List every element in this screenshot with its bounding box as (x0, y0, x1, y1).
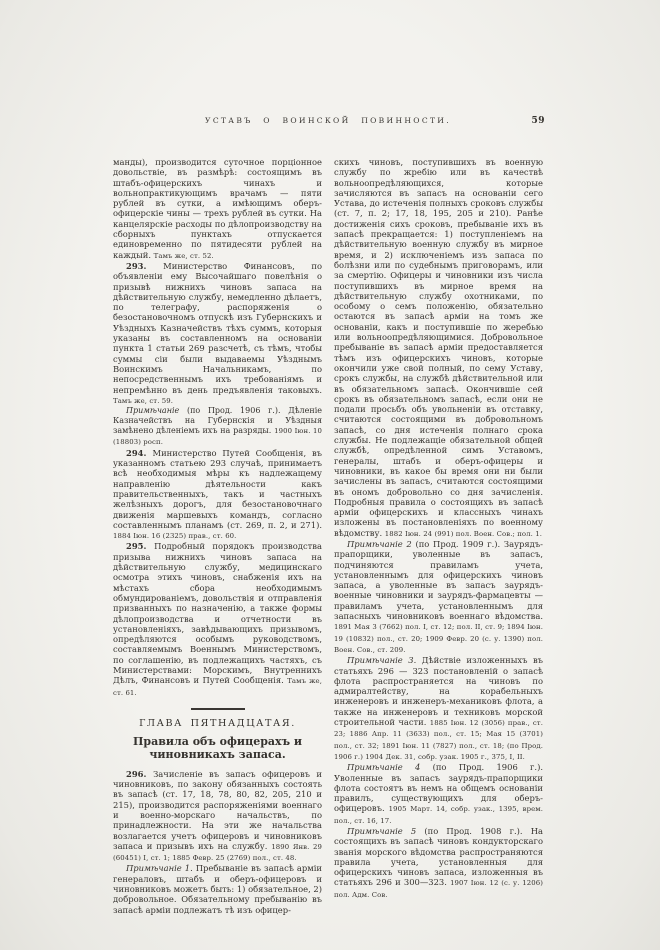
paragraph-text: Подробный порядокъ производства призыва … (113, 541, 322, 685)
note-paragraph: Примѣчаніе 1. Пребываніе въ запасѣ арміи… (113, 863, 322, 914)
section-title: Правила объ офицерахъ и чиновникахъ запа… (113, 736, 322, 762)
article-number: 295. (126, 541, 154, 551)
paragraph-text: (по Прод. 1909 г.). Заурядъ-прапорщики, … (334, 539, 543, 621)
note-paragraph: Примѣчаніе 3. Дѣйствіе изложенныхъ въ ст… (334, 655, 543, 762)
note-paragraph: Примѣчаніе 2 (по Прод. 1909 г.). Заурядъ… (334, 539, 543, 655)
note-label: Примѣчаніе 4 (347, 762, 433, 772)
page-header-title: УСТАВЪ О ВОИНСКОЙ ПОВИННОСТИ. (113, 116, 543, 125)
paragraph-text: манды), производится суточное порціонное… (113, 157, 322, 260)
legal-citation: Тамъ же, ст. 59. (113, 397, 173, 405)
note-paragraph: Примѣчаніе 5 (по Прод. 1908 г.). На сост… (334, 826, 543, 900)
paragraph-text: Министерство Путей Сообщенія, въ указанн… (113, 448, 322, 530)
continuation-paragraph: манды), производится суточное порціонное… (113, 157, 322, 261)
legal-citation: 1884 Іюн. 16 (2325) прав., ст. 60. (113, 532, 236, 540)
chapter-heading: ГЛАВА ПЯТНАДЦАТАЯ. (113, 719, 322, 729)
article-number: 294. (126, 448, 153, 458)
paragraph-text: Правила объ офицерахъ и чиновникахъ запа… (133, 735, 302, 761)
note-paragraph: Примѣчаніе (по Прод. 1906 г.). Дѣленіе К… (113, 406, 322, 448)
continuation-paragraph: скихъ чиновъ, поступившихъ въ военную сл… (334, 157, 543, 539)
legal-citation: 1882 Іюн. 24 (991) пол. Воен. Сов.; пол.… (385, 530, 542, 538)
note-label: Примѣчаніе 3. (347, 655, 422, 665)
article-paragraph: 296. Зачисленіе въ запасъ офицеровъ и чи… (113, 769, 322, 864)
note-paragraph: Примѣчаніе 4 (по Прод. 1906 г.). Уволенн… (334, 762, 543, 826)
note-label: Примѣчаніе 1. (126, 863, 196, 873)
note-label: Примѣчаніе 2 (347, 539, 415, 549)
paragraph-text: скихъ чиновъ, поступившихъ въ военную сл… (334, 157, 543, 538)
legal-citation: 1891 Мая 3 (7662) пол. I, ст. 12; пол. I… (334, 623, 543, 654)
legal-citation: Тамъ же, ст. 52. (154, 252, 214, 260)
left-column: манды), производится суточное порціонное… (113, 157, 322, 915)
paragraph-text: Министерство Финансовъ, по объявленіи ем… (113, 261, 322, 395)
note-label: Примѣчаніе 5 (347, 826, 424, 836)
document-page: УСТАВЪ О ВОИНСКОЙ ПОВИННОСТИ. 59 манды),… (0, 0, 660, 950)
article-number: 296. (126, 769, 153, 779)
article-paragraph: 295. Подробный порядокъ производства при… (113, 541, 322, 697)
paragraph-text: ГЛАВА ПЯТНАДЦАТАЯ. (139, 718, 296, 729)
article-number: 293. (126, 261, 163, 271)
paragraph-text: Зачисленіе въ запасъ офицеровъ и чиновни… (113, 769, 322, 851)
right-column: скихъ чиновъ, поступившихъ въ военную сл… (334, 157, 543, 915)
page-number: 59 (531, 116, 545, 126)
text-block: манды), производится суточное порціонное… (113, 157, 543, 915)
article-paragraph: 293. Министерство Финансовъ, по объявлен… (113, 261, 322, 406)
running-head: УСТАВЪ О ВОИНСКОЙ ПОВИННОСТИ. 59 (113, 116, 543, 130)
paragraph-text: Дѣйствіе изложенныхъ въ статьяхъ 296 — 3… (334, 655, 543, 727)
article-paragraph: 294. Министерство Путей Сообщенія, въ ук… (113, 448, 322, 542)
section-divider (191, 708, 245, 710)
note-label: Примѣчаніе (126, 406, 187, 415)
